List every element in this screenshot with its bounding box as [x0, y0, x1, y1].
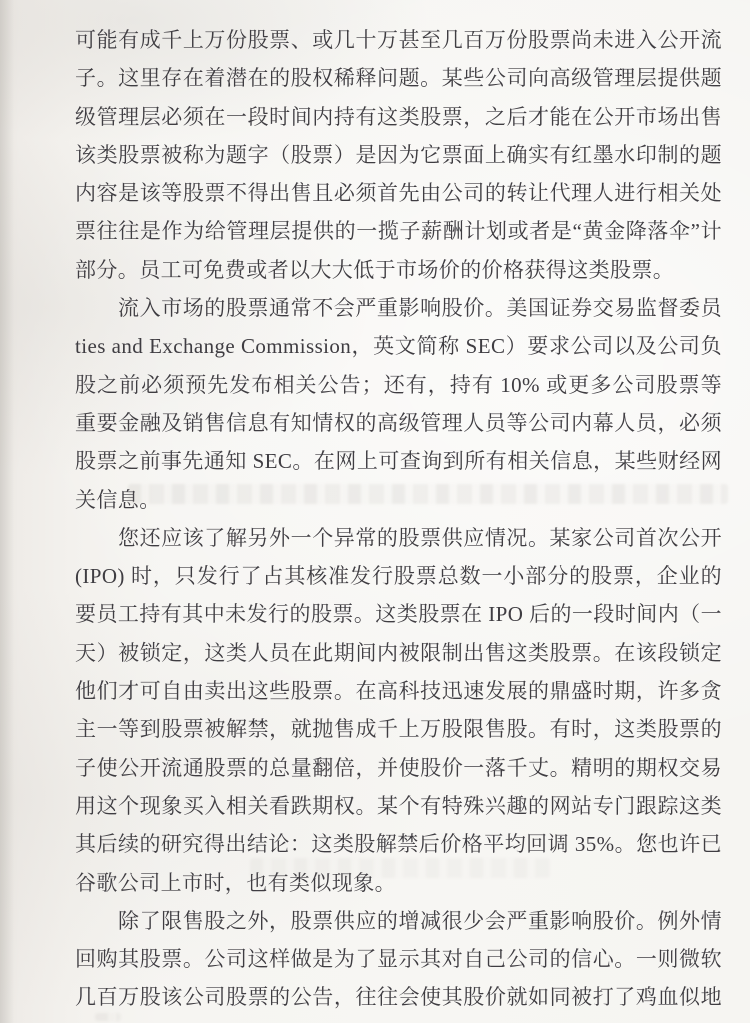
- scanned-page: 可能有成千上万份股票、或几十万甚至几百万份股票尚未进入公开流通股票的池子。这里存…: [0, 0, 750, 1023]
- text-line: 他们才可自由卖出这些股票。在高科技迅速发展的鼎盛时期，许多贪婪的企业业: [75, 672, 722, 710]
- text-line: 天）被锁定，这类人员在此期间内被限制出售这类股票。在该段锁定期结束时，: [75, 634, 722, 672]
- paragraph-4: 除了限售股之外，股票供应的增减很少会严重影响股价。例外情况会是公司回购其股票。公…: [75, 902, 722, 1017]
- page-number-remnant-artifact: [95, 1013, 121, 1021]
- paragraph-3: 您还应该了解另外一个异常的股票供应情况。某家公司首次公开招股发行(IPO) 时，…: [75, 519, 722, 902]
- text-line: 重要金融及销售信息有知情权的高级管理人员等公司内幕人员，必须在买卖公司: [75, 404, 722, 442]
- text-line: 除了限售股之外，股票供应的增减很少会严重影响股价。例外情况会是公司: [75, 902, 722, 940]
- paragraph-1: 可能有成千上万份股票、或几十万甚至几百万份股票尚未进入公开流通股票的池子。这里存…: [75, 21, 722, 289]
- text-line: (IPO) 时，只发行了占其核准发行股票总数一小部分的股票，企业的业主及主: [75, 557, 722, 595]
- text-line: 股之前必须预先发布相关公告；还有，持有 10% 或更多公司股票等大股东、对: [75, 366, 722, 404]
- text-line: 流入市场的股票通常不会严重影响股价。美国证券交易监督委员会（Securi-: [75, 289, 722, 327]
- show-through-artifact: [128, 484, 728, 504]
- text-line: 该类股票被称为题字（股票）是因为它票面上确实有红墨水印制的题字，题字: [75, 136, 722, 174]
- show-through-artifact: [250, 858, 550, 878]
- text-line: 回购其股票。公司这样做是为了显示其对自己公司的信心。一则微软公司要回购: [75, 940, 722, 978]
- text-line: 票往往是作为给管理层提供的一揽子薪酬计划或者是“黄金降落伞”计划的一: [75, 212, 722, 250]
- text-line: 主一等到股票被解禁，就抛售成千上万股限售股。有时，这类股票的解禁会一下: [75, 710, 722, 748]
- text-line: 几百万股该公司股票的公告，往往会使其股价就如同被打了鸡血似地向上直窜。: [75, 978, 722, 1016]
- text-line: 用这个现象买入相关看跌期权。某个有特殊兴趣的网站专门跟踪这类限售期限，: [75, 787, 722, 825]
- text-line: 子使公开流通股票的总量翻倍，并使股价一落千丈。精明的期权交易者此时会利: [75, 749, 722, 787]
- text-line: 您还应该了解另外一个异常的股票供应情况。某家公司首次公开招股发行: [75, 519, 722, 557]
- text-line: 子。这里存在着潜在的股权稀释问题。某些公司向高级管理层提供题字股票，高: [75, 59, 722, 97]
- text-line: 要员工持有其中未发行的股票。这类股票在 IPO 后的一段时间内（一般为 180: [75, 595, 722, 633]
- text-line: 内容是该等股票不得出售且必须首先由公司的转让代理人进行相关处置。这类股: [75, 174, 722, 212]
- text-line: 部分。员工可免费或者以大大低于市场价的价格获得这类股票。: [75, 251, 722, 289]
- page-edge-shading: [0, 0, 14, 1023]
- text-line: 级管理层必须在一段时间内持有这类股票，之后才能在公开市场出售这类股票。: [75, 98, 722, 136]
- text-line: ties and Exchange Commission，英文简称 SEC）要求…: [75, 327, 722, 365]
- text-line: 股票之前事先通知 SEC。在网上可查询到所有相关信息，某些财经网站会跟踪相: [75, 442, 722, 480]
- text-line: 可能有成千上万份股票、或几十万甚至几百万份股票尚未进入公开流通股票的池: [75, 21, 722, 59]
